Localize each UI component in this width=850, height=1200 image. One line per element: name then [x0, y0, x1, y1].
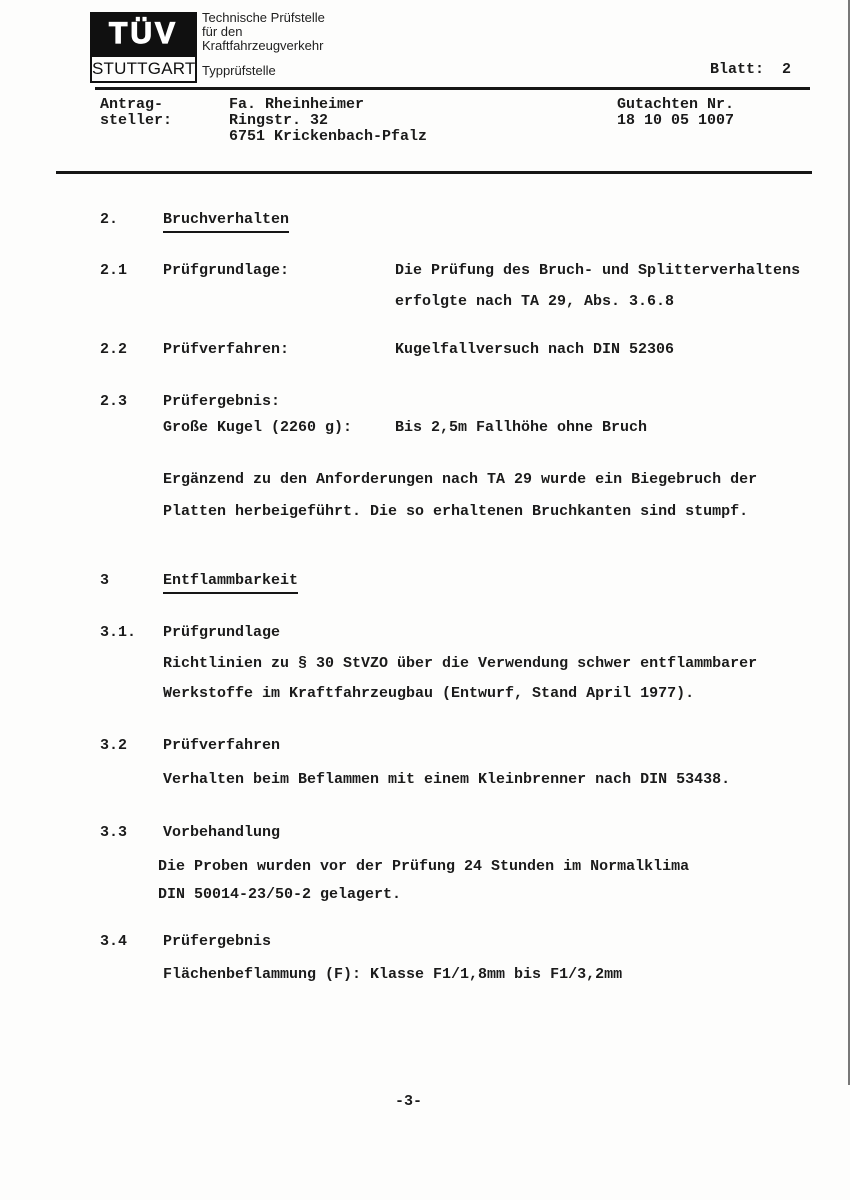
section-2-note-line-1: Ergänzend zu den Anforderungen nach TA 2… [163, 470, 757, 489]
item-3-3-text-line-1: Die Proben wurden vor der Prüfung 24 Stu… [158, 857, 689, 876]
section-2-title: Bruchverhalten [163, 210, 289, 233]
header-rule [95, 87, 810, 90]
section-3-number: 3 [100, 571, 109, 590]
item-3-1-text-line-2: Werkstoffe im Kraftfahrzeugbau (Entwurf,… [163, 684, 694, 703]
section-3-title: Entflammbarkeit [163, 571, 298, 594]
applicant-city: 6751 Krickenbach-Pfalz [229, 127, 427, 146]
item-3-4-text-line-1: Flächenbeflammung (F): Klasse F1/1,8mm b… [163, 965, 622, 984]
subheader-rule [56, 171, 812, 174]
item-2-3-sub-label: Große Kugel (2260 g): [163, 418, 352, 437]
item-2-3-number: 2.3 [100, 392, 127, 411]
item-3-2-text-line-1: Verhalten beim Beflammen mit einem Klein… [163, 770, 730, 789]
org-name-line-2: für den [202, 25, 242, 39]
item-2-2-label: Prüfverfahren: [163, 340, 289, 359]
item-3-3-number: 3.3 [100, 823, 127, 842]
section-2-note-line-2: Platten herbeigeführt. Die so erhaltenen… [163, 502, 748, 521]
document-page: TÜV STUTTGART Technische Prüfstelle für … [0, 0, 850, 1200]
item-2-2-text-line-1: Kugelfallversuch nach DIN 52306 [395, 340, 674, 359]
org-name-line-1: Technische Prüfstelle [202, 11, 325, 25]
tuv-logo-city: STUTTGART [90, 55, 197, 83]
item-3-1-number: 3.1. [100, 623, 136, 642]
item-2-1-number: 2.1 [100, 261, 127, 280]
item-3-3-text-line-2: DIN 50014-23/50-2 gelagert. [158, 885, 401, 904]
item-2-1-text-line-2: erfolgte nach TA 29, Abs. 3.6.8 [395, 292, 674, 311]
item-3-1-label: Prüfgrundlage [163, 623, 280, 642]
page-footer-number: -3- [395, 1092, 422, 1111]
item-3-2-label: Prüfverfahren [163, 736, 280, 755]
org-name-line-3: Kraftfahrzeugverkehr [202, 39, 323, 53]
item-3-4-number: 3.4 [100, 932, 127, 951]
applicant-label-line-2: steller: [100, 111, 172, 130]
item-3-4-label: Prüfergebnis [163, 932, 271, 951]
section-2-number: 2. [100, 210, 118, 229]
item-3-3-label: Vorbehandlung [163, 823, 280, 842]
item-2-3-text-line-1: Bis 2,5m Fallhöhe ohne Bruch [395, 418, 647, 437]
item-3-2-number: 3.2 [100, 736, 127, 755]
item-2-2-number: 2.2 [100, 340, 127, 359]
item-2-1-text-line-1: Die Prüfung des Bruch- und Splitterverha… [395, 261, 800, 280]
item-2-1-label: Prüfgrundlage: [163, 261, 289, 280]
item-2-3-label: Prüfergebnis: [163, 392, 280, 411]
item-3-1-text-line-1: Richtlinien zu § 30 StVZO über die Verwe… [163, 654, 757, 673]
tuv-logo: TÜV [90, 12, 197, 55]
report-number-value: 18 10 05 1007 [617, 111, 734, 130]
department-label: Typprüfstelle [202, 64, 276, 78]
sheet-number: Blatt: 2 [710, 60, 791, 79]
